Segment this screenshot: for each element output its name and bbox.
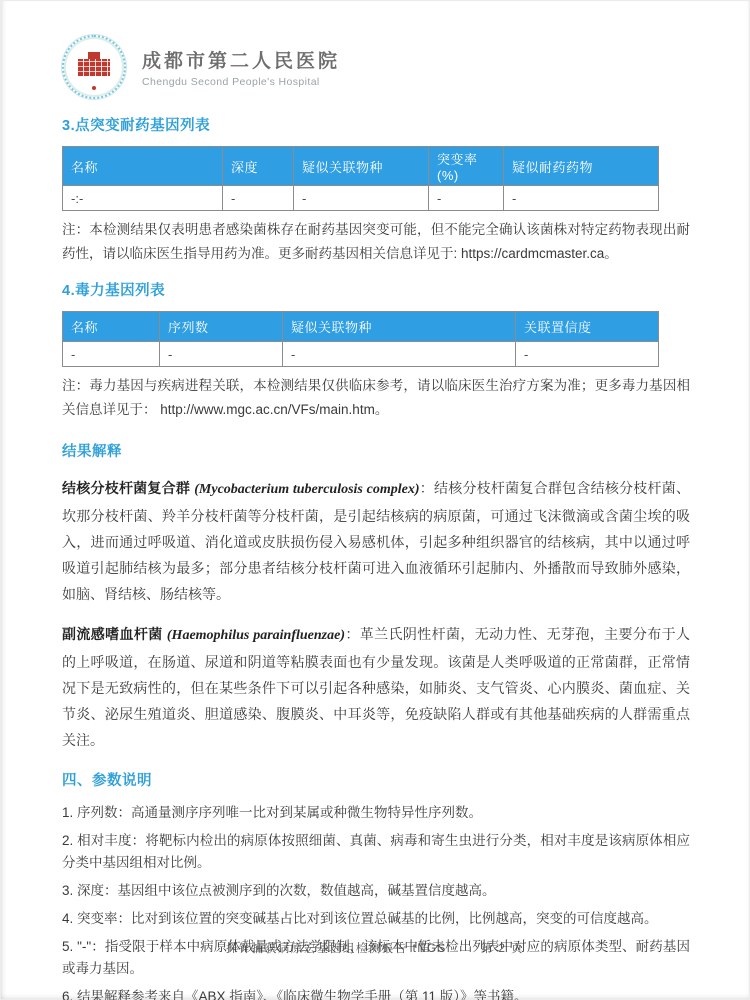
parameter-item-3: 3. 深度：基因组中该位点被测序到的次数，数值越高，碱基置信度越高。 bbox=[62, 880, 690, 902]
pathogen-name-latin: (Mycobacterium tuberculosis complex) bbox=[194, 482, 419, 497]
cell-suspected-drugs: - bbox=[504, 186, 659, 211]
hospital-header: 成都市第二人民医院 Chengdu Second People's Hospit… bbox=[62, 34, 690, 100]
pathogen-name-zh: 副流感嗜血杆菌 bbox=[62, 626, 167, 642]
pathogen-name-zh: 结核分枝杆菌复合群 bbox=[62, 480, 194, 496]
col-name: 名称 bbox=[63, 147, 223, 186]
hospital-name: 成都市第二人民医院 Chengdu Second People's Hospit… bbox=[142, 46, 340, 88]
parameter-item-2: 2. 相对丰度：将靶标内检出的病原体按照细菌、真菌、病毒和寄生虫进行分类，相对丰… bbox=[62, 830, 690, 874]
hospital-name-en: Chengdu Second People's Hospital bbox=[142, 76, 340, 88]
interpretation-paragraph-mtb: 结核分枝杆菌复合群 (Mycobacterium tuberculosis co… bbox=[62, 475, 690, 607]
section-4-note: 注：毒力基因与疾病进程关联，本检测结果仅供临床参考，请以临床医生治疗方案为准；更… bbox=[62, 374, 690, 422]
cell-confidence: - bbox=[516, 342, 659, 367]
cell-name: -:- bbox=[63, 186, 223, 211]
parameter-list: 1. 序列数：高通量测序序列唯一比对到某属或种微生物特异性序列数。 2. 相对丰… bbox=[62, 802, 690, 1000]
cell-name: - bbox=[63, 342, 160, 367]
parameters-title: 四、参数说明 bbox=[62, 769, 690, 790]
pathogen-description: ：革兰氏阴性杆菌，无动力性、无芽孢，主要分布于人的上呼吸道，在肠道、尿道和阴道等… bbox=[62, 626, 690, 748]
section-3-note: 注：本检测结果仅表明患者感染菌株存在耐药基因突变可能，但不能完全确认该菌株对特定… bbox=[62, 218, 690, 266]
col-suspected-species: 疑似关联物种 bbox=[283, 312, 516, 342]
pathogen-description: ：结核分枝杆菌复合群包含结核分枝杆菌、坎那分枝杆菌、羚羊分枝杆菌等分枝杆菌，是引… bbox=[62, 480, 690, 602]
report-page: 成都市第二人民医院 Chengdu Second People's Hospit… bbox=[0, 0, 750, 1000]
table-header-row: 名称 序列数 疑似关联物种 关联置信度 bbox=[63, 312, 659, 342]
col-depth: 深度 bbox=[223, 147, 294, 186]
cell-depth: - bbox=[223, 186, 294, 211]
hospital-name-zh: 成都市第二人民医院 bbox=[142, 46, 340, 73]
interpretation-paragraph-hpara: 副流感嗜血杆菌 (Haemophilus parainfluenzae)：革兰氏… bbox=[62, 621, 690, 753]
footer-report-title: 探针捕获病原宏基因组检测报告 tNGS bbox=[226, 940, 447, 956]
table-row: -:- - - - - bbox=[63, 186, 659, 211]
col-mutation-rate: 突变率(%) bbox=[429, 147, 504, 186]
col-name: 名称 bbox=[63, 312, 160, 342]
parameter-item-4: 4. 突变率：比对到该位置的突变碱基占比对到该位置总碱基的比例，比例越高，突变的… bbox=[62, 908, 690, 930]
hospital-seal-icon bbox=[62, 35, 126, 99]
page-footer: 探针捕获病原宏基因组检测报告 tNGS 第 2 页 bbox=[0, 940, 750, 956]
cell-suspected-species: - bbox=[294, 186, 429, 211]
col-suspected-drugs: 疑似耐药药物 bbox=[504, 147, 659, 186]
table-header-row: 名称 深度 疑似关联物种 突变率(%) 疑似耐药药物 bbox=[63, 147, 659, 186]
col-confidence: 关联置信度 bbox=[516, 312, 659, 342]
col-suspected-species: 疑似关联物种 bbox=[294, 147, 429, 186]
cell-mutation-rate: - bbox=[429, 186, 504, 211]
logo-dot bbox=[92, 86, 96, 90]
virulence-gene-table: 名称 序列数 疑似关联物种 关联置信度 - - - - bbox=[62, 311, 659, 367]
table-row: - - - - bbox=[63, 342, 659, 367]
pathogen-name-latin: (Haemophilus parainfluenzae) bbox=[167, 628, 345, 643]
logo-building-icon bbox=[78, 59, 110, 76]
footer-page-number: 第 2 页 bbox=[481, 940, 524, 956]
col-sequence-count: 序列数 bbox=[160, 312, 283, 342]
point-mutation-resistance-gene-table: 名称 深度 疑似关联物种 突变率(%) 疑似耐药药物 -:- - - - - bbox=[62, 146, 659, 211]
cell-suspected-species: - bbox=[283, 342, 516, 367]
result-interpretation-title: 结果解释 bbox=[62, 440, 690, 461]
parameter-item-1: 1. 序列数：高通量测序序列唯一比对到某属或种微生物特异性序列数。 bbox=[62, 802, 690, 824]
section-4-title: 4.毒力基因列表 bbox=[62, 279, 690, 300]
cell-sequence-count: - bbox=[160, 342, 283, 367]
section-3-title: 3.点突变耐药基因列表 bbox=[62, 114, 690, 135]
parameter-item-6: 6. 结果解释参考来自《ABX 指南》、《临床微生物学手册（第 11 版）》等书… bbox=[62, 986, 690, 1000]
